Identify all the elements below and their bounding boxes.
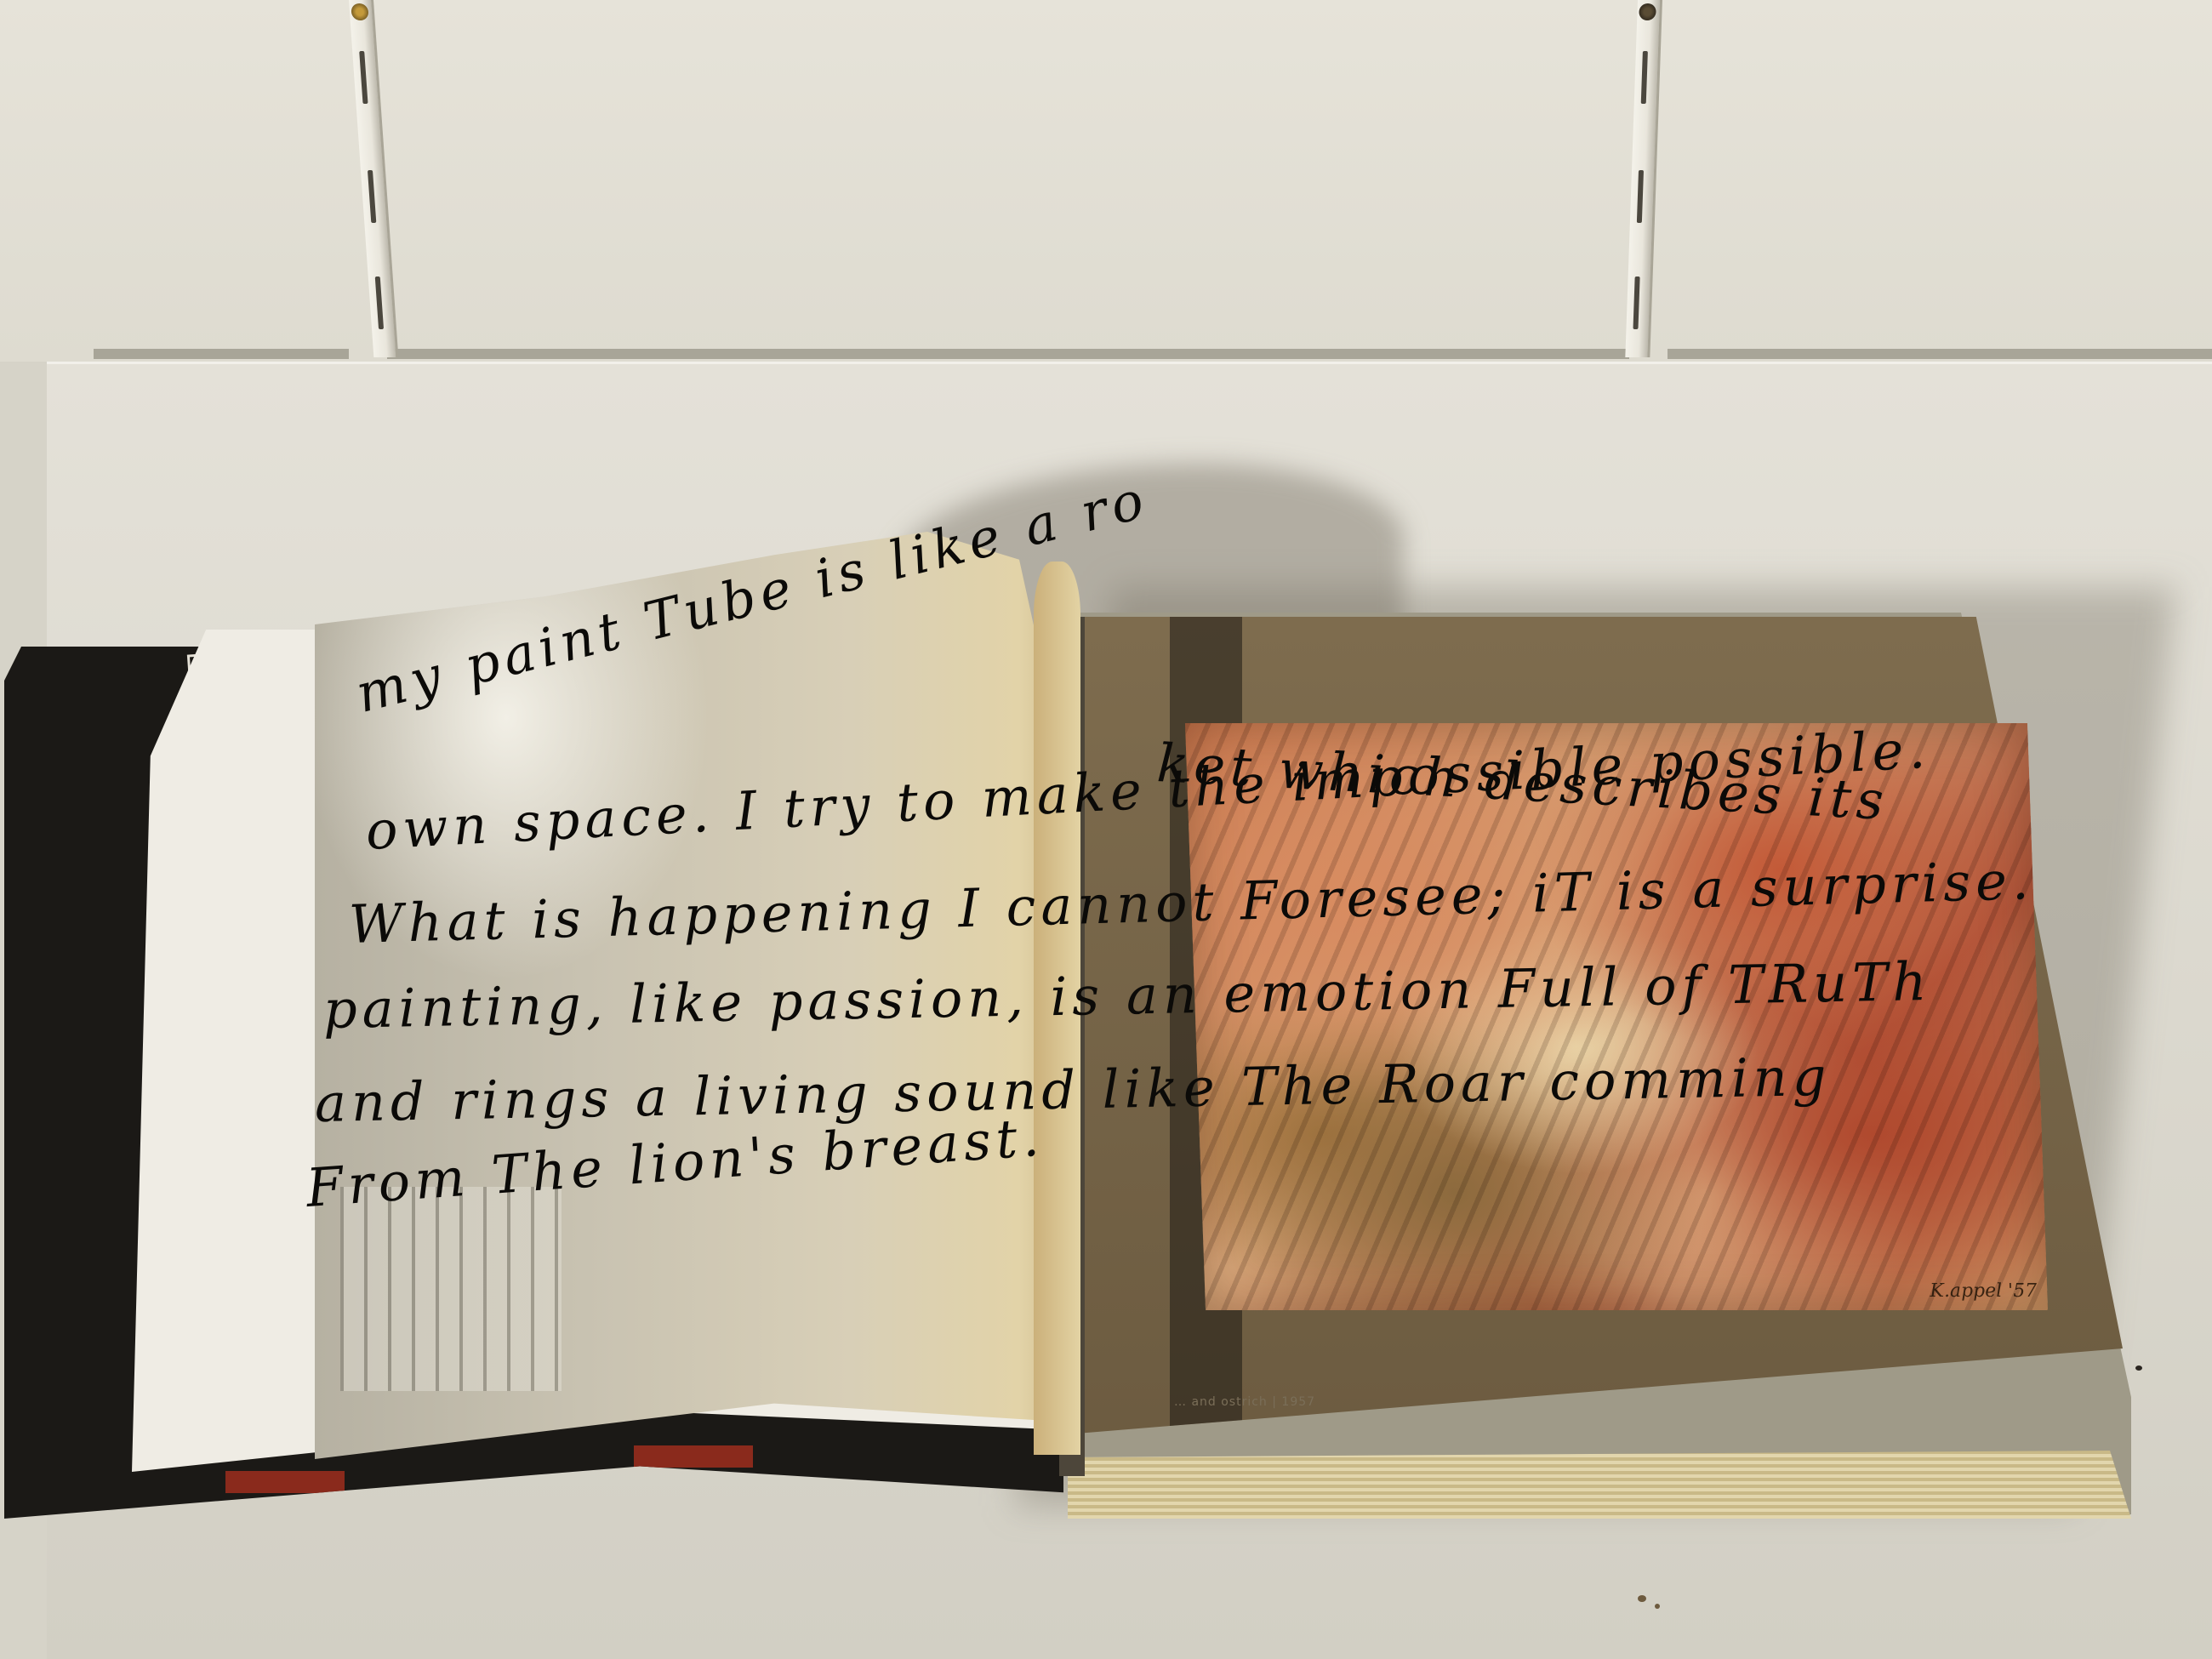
- painting-signature: K.appel '57: [1930, 1280, 2038, 1302]
- cover-red-detail: [225, 1471, 345, 1493]
- shelf-stain: [1655, 1604, 1660, 1609]
- shelf-shadow-left: [94, 349, 349, 359]
- shelf-shadow-center: [387, 349, 1629, 359]
- shelf-shadow-right: [1668, 349, 2212, 359]
- page-edges: [1068, 1451, 2131, 1519]
- shelf-stain: [2135, 1365, 2142, 1371]
- bracket-slot: [375, 276, 384, 329]
- bracket-slot: [1641, 51, 1648, 104]
- painting-reproduction: K.appel '57: [1185, 723, 2048, 1310]
- screw-icon: [351, 3, 368, 20]
- shelf-stain: [1638, 1595, 1646, 1602]
- bracket-slot: [368, 170, 376, 223]
- vellum-curled-edge[interactable]: [1034, 562, 1080, 1455]
- show-through-image: [340, 1187, 562, 1391]
- screw-icon: [1639, 3, 1656, 20]
- bracket-slot: [1633, 276, 1639, 329]
- wall: [0, 0, 2212, 362]
- bracket-slot: [359, 51, 368, 104]
- bracket-slot: [1637, 170, 1644, 223]
- cover-red-detail: [634, 1445, 753, 1468]
- painting-caption: … and ostrich | 1957: [1174, 1395, 1315, 1409]
- vellum-page[interactable]: [315, 532, 1080, 1459]
